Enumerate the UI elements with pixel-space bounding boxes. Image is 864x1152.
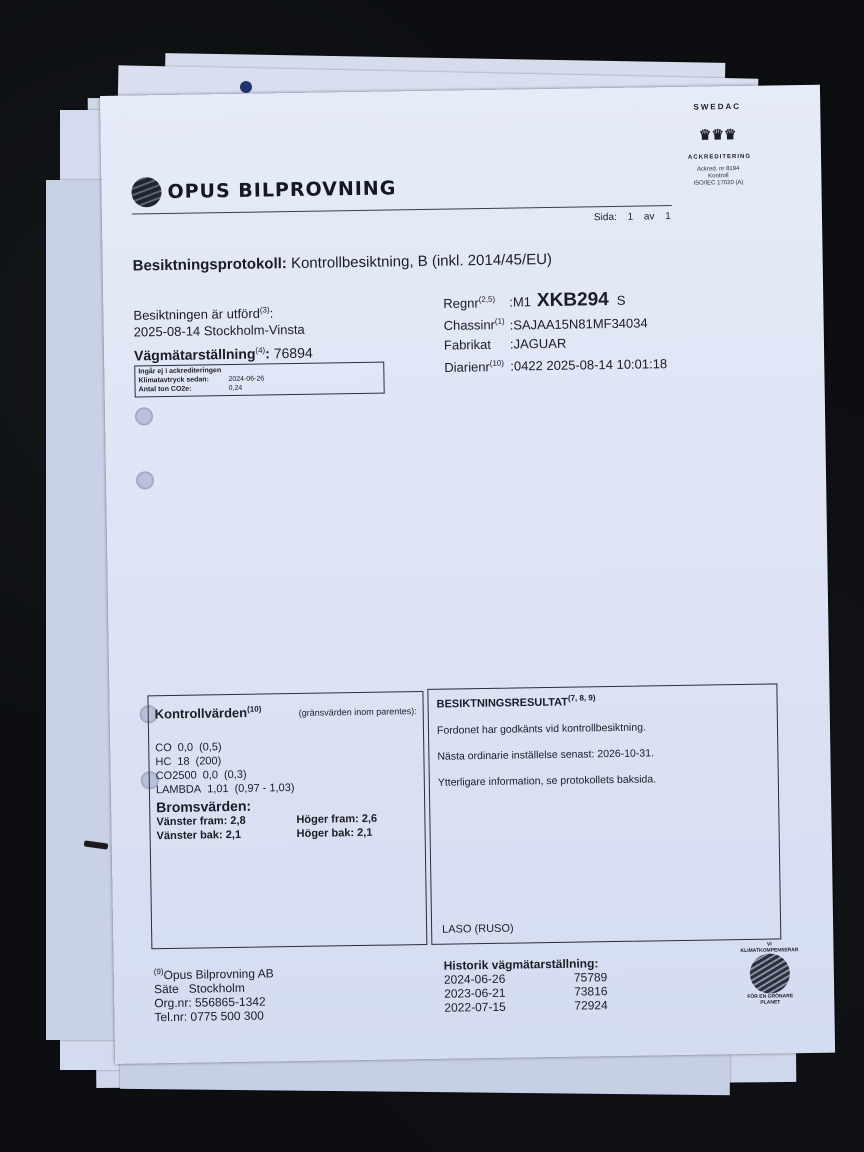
three-crowns-icon: ♛♛♛: [699, 127, 737, 142]
header-divider: [132, 205, 672, 214]
climate-compensation-seal: VI KLIMATKOMPENSERAR FÖR EN GRÖNARE PLAN…: [739, 943, 800, 1004]
brand-logo: OPUS BILPROVNING: [131, 173, 396, 207]
inspection-date-location: 2025-08-14 Stockholm-Vinsta: [134, 321, 305, 341]
inspection-performed: Besiktningen är utförd(3): 2025-08-14 St…: [133, 301, 305, 341]
background-sheet-logo-fragment: [240, 80, 270, 94]
emission-values: CO0,0(0,5) HC18(200) CO25000,0(0,3) LAMB…: [155, 737, 418, 797]
inspection-protocol-page: OPUS BILPROVNING SWEDAC ♛♛♛ ACKREDITERIN…: [100, 85, 835, 1064]
company-info: (9)Opus Bilprovning AB Säte Stockholm Or…: [154, 963, 275, 1024]
vehicle-make: :JAGUAR: [510, 333, 567, 353]
history-row: 2022-07-1572924: [444, 998, 634, 1015]
page-indicator: Sida: 1 av 1: [594, 211, 679, 223]
seal-top-text: SWEDAC: [687, 102, 747, 112]
punch-hole: [136, 471, 154, 489]
vehicle-details: Regnr(2,5) :M1 XKB294 S Chassinr(1) :SAJ…: [443, 287, 667, 376]
accreditation-standard: ISO/IEC 17020 (A): [683, 180, 753, 188]
result-line: Ytterligare information, se protokollets…: [438, 771, 770, 788]
chassis-row: Chassinr(1) :SAJAA15N81MF34034: [443, 309, 666, 335]
result-line: Nästa ordinarie inställelse senast: 2026…: [437, 745, 769, 762]
registration-number: XKB294: [537, 290, 609, 310]
globe-logo-icon: [131, 177, 161, 207]
punch-hole: [135, 407, 153, 425]
emission-row-lambda: LAMBDA1,01(0,97 - 1,03): [156, 779, 418, 797]
swedac-accreditation-seal: SWEDAC ♛♛♛ ACKREDITERING Ackred. nr 8194…: [682, 104, 753, 188]
diary-row: Diarienr(10) :0422 2025-08-14 10:01:18: [444, 351, 667, 377]
brake-left-rear: Vänster bak: 2,1: [157, 827, 297, 843]
inspection-result-box: BESIKTNINGSRESULTAT(7, 8, 9) Fordonet ha…: [427, 683, 781, 944]
inspector-signature: LASO (RUSO): [442, 923, 514, 936]
diary-number: :0422 2025-08-14 10:01:18: [510, 354, 667, 375]
brake-values: Vänster fram: 2,8 Höger fram: 2,6 Vänste…: [156, 811, 418, 843]
odometer-history: Historik vägmätarställning: 2024-06-2675…: [444, 956, 635, 1015]
globe-icon: [750, 953, 791, 994]
odometer-reading: Vägmätarställning(4): 76894: [134, 345, 313, 364]
result-line: Fordonet har godkänts vid kontrollbesikt…: [437, 719, 769, 736]
brand-name: OPUS BILPROVNING: [167, 177, 396, 203]
document-title: Besiktningsprotokoll: Kontrollbesiktning…: [133, 251, 553, 275]
seal-bottom-text: ACKREDITERING: [688, 154, 748, 161]
climate-footprint-box: Ingår ej i ackrediteringen Klimatavtryck…: [134, 362, 384, 398]
chassis-number: :SAJAA15N81MF34034: [509, 313, 647, 334]
control-values-box: Kontrollvärden(10) (gränsvärden inom par…: [147, 691, 427, 949]
brake-right-rear: Höger bak: 2,1: [297, 825, 417, 841]
